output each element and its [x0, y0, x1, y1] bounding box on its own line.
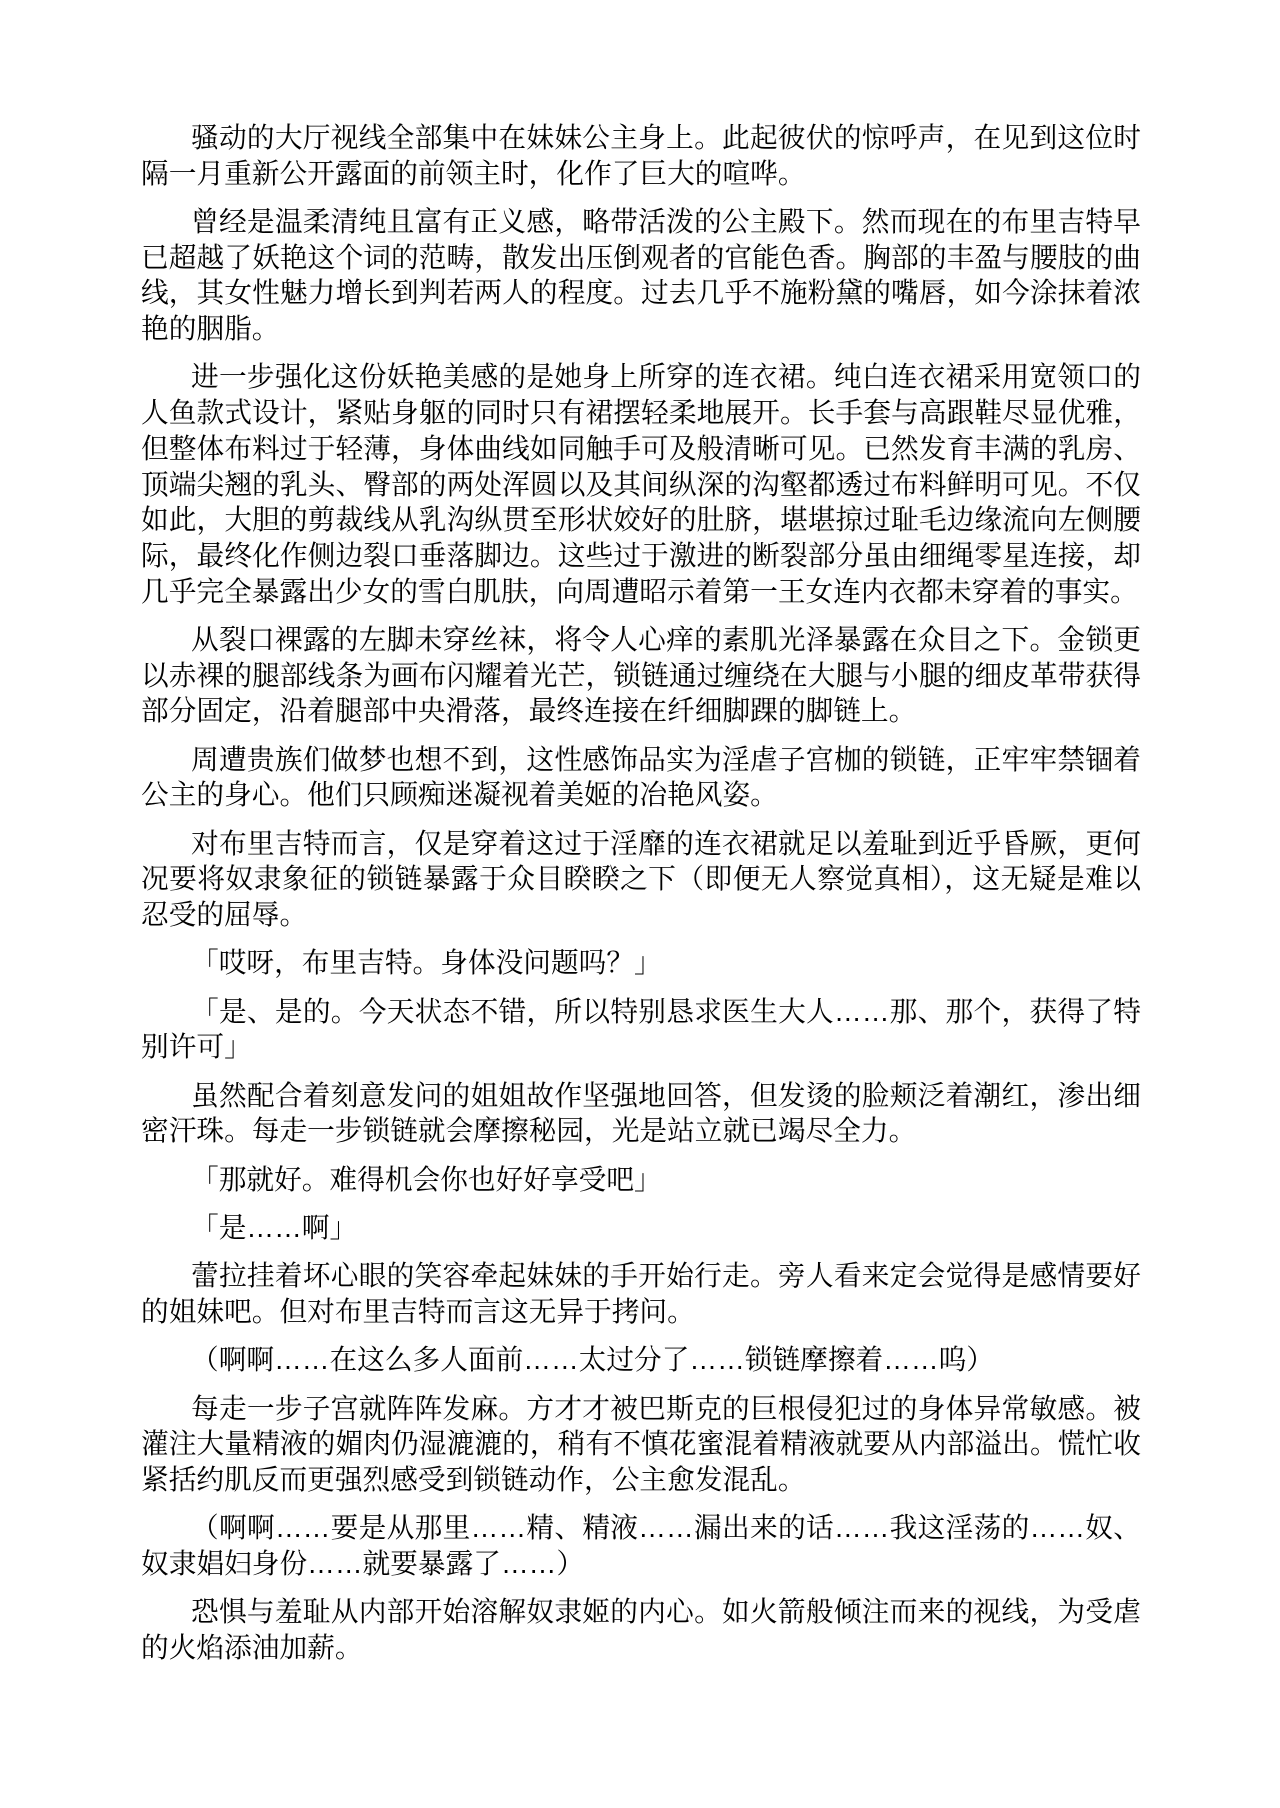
paragraph: 骚动的大厅视线全部集中在妹妹公主身上。此起彼伏的惊呼声，在见到这位时隔一月重新公…	[141, 120, 1141, 191]
paragraph: 进一步强化这份妖艳美感的是她身上所穿的连衣裙。纯白连衣裙采用宽领口的人鱼款式设计…	[141, 359, 1141, 609]
paragraph-dialogue: 「是、是的。今天状态不错，所以特别恳求医生大人……那、那个，获得了特别许可」	[141, 994, 1141, 1065]
paragraph: 恐惧与羞耻从内部开始溶解奴隶姬的内心。如火箭般倾注而来的视线，为受虐的火焰添油加…	[141, 1594, 1141, 1665]
paragraph-thought: （啊啊……要是从那里……精、精液……漏出来的话……我这淫荡的……奴、奴隶娼妇身份…	[141, 1510, 1141, 1581]
novel-page-body: 骚动的大厅视线全部集中在妹妹公主身上。此起彼伏的惊呼声，在见到这位时隔一月重新公…	[141, 120, 1141, 1678]
paragraph: 虽然配合着刻意发问的姐姐故作坚强地回答，但发烫的脸颊泛着潮红，渗出细密汗珠。每走…	[141, 1078, 1141, 1149]
paragraph: 从裂口裸露的左脚未穿丝袜，将令人心痒的素肌光泽暴露在众目之下。金锁更以赤裸的腿部…	[141, 622, 1141, 729]
paragraph: 曾经是温柔清纯且富有正义感，略带活泼的公主殿下。然而现在的布里吉特早已超越了妖艳…	[141, 204, 1141, 347]
paragraph: 蕾拉挂着坏心眼的笑容牵起妹妹的手开始行走。旁人看来定会觉得是感情要好的姐妹吧。但…	[141, 1258, 1141, 1329]
paragraph-dialogue: 「那就好。难得机会你也好好享受吧」	[141, 1162, 1141, 1198]
paragraph-thought: （啊啊……在这么多人面前……太过分了……锁链摩擦着……呜）	[141, 1342, 1141, 1378]
paragraph: 对布里吉特而言，仅是穿着这过于淫靡的连衣裙就足以羞耻到近乎昏厥，更何况要将奴隶象…	[141, 826, 1141, 933]
paragraph-dialogue: 「哎呀，布里吉特。身体没问题吗？」	[141, 945, 1141, 981]
paragraph: 周遭贵族们做梦也想不到，这性感饰品实为淫虐子宫枷的锁链，正牢牢禁锢着公主的身心。…	[141, 742, 1141, 813]
paragraph-dialogue: 「是……啊」	[141, 1210, 1141, 1246]
paragraph: 每走一步子宫就阵阵发麻。方才才被巴斯克的巨根侵犯过的身体异常敏感。被灌注大量精液…	[141, 1391, 1141, 1498]
